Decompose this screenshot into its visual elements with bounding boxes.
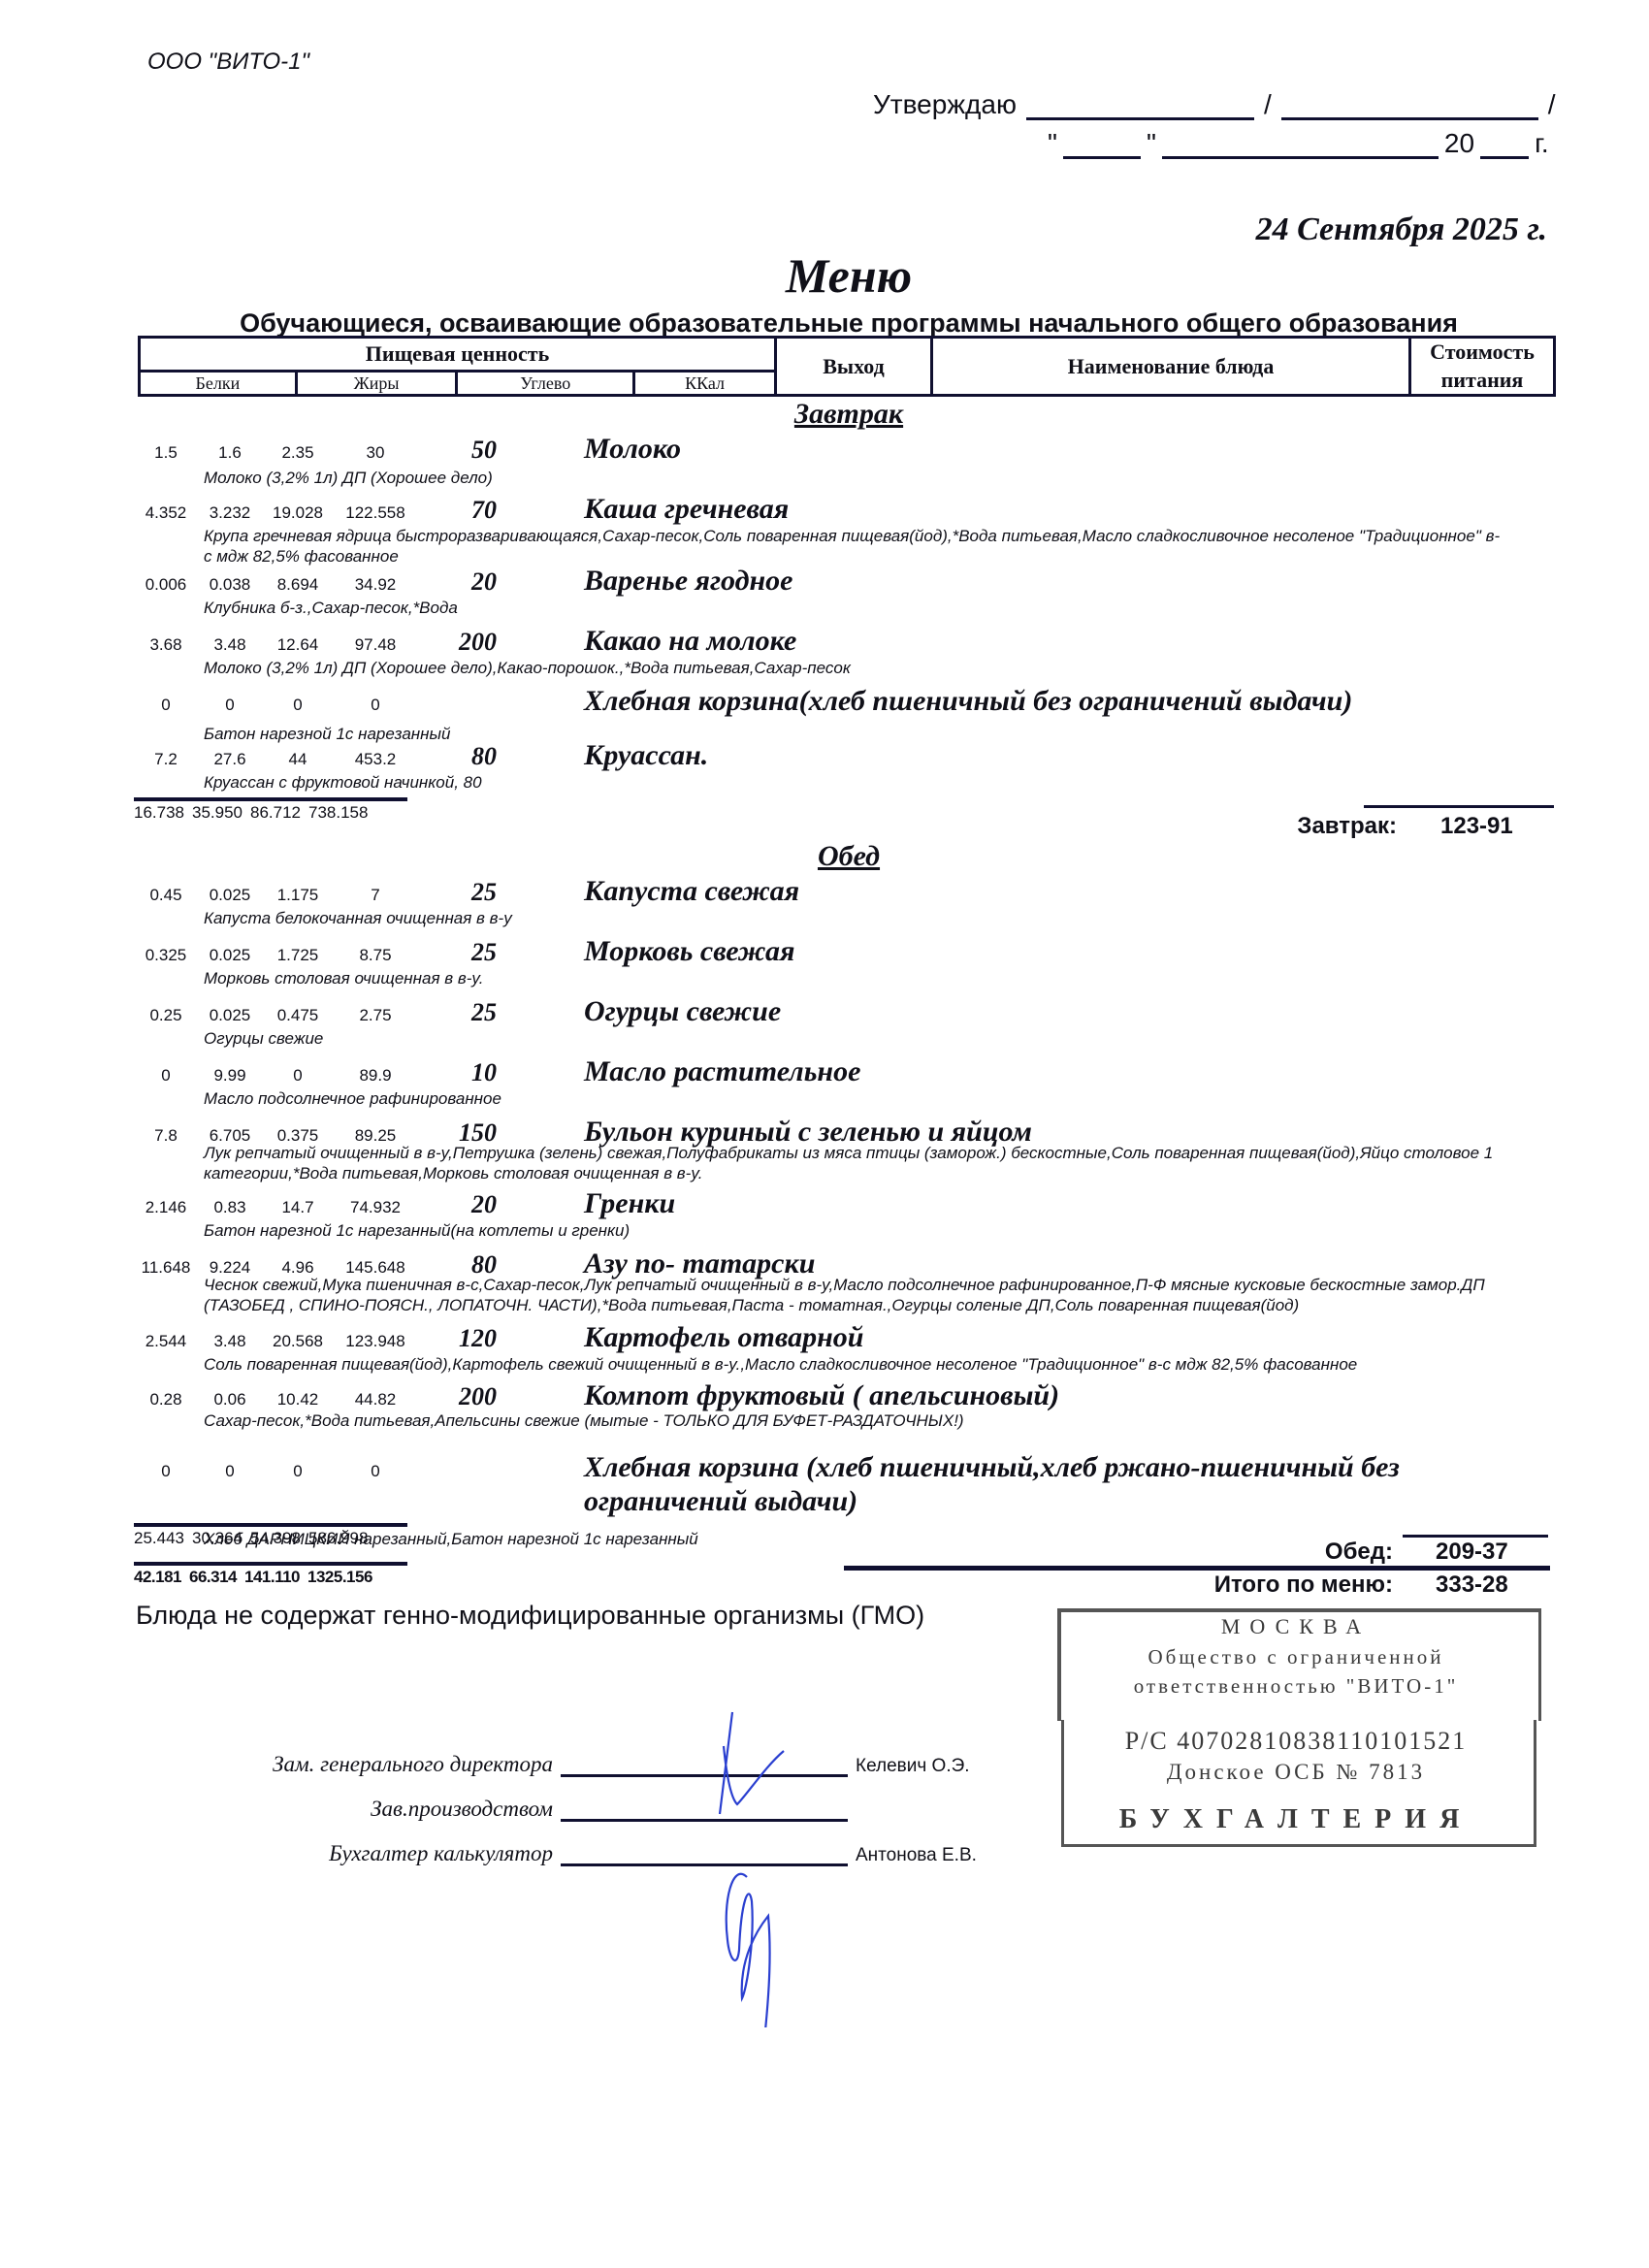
item-protein: 0.28 (136, 1390, 196, 1409)
breakfast-sum-value: 123-91 (1440, 813, 1513, 840)
dish-ingredients: Круассан с фруктовой начинкой, 80 (204, 772, 1503, 793)
dish-ingredients: Молоко (3,2% 1л) ДП (Хорошее дело) (204, 468, 1503, 488)
dish-ingredients: Морковь столовая очищенная в в-у. (204, 968, 1503, 988)
breakfast-sum-rule (1364, 805, 1554, 808)
grand-total-label: Итого по меню: (1067, 1571, 1393, 1599)
item-output: 25 (419, 938, 555, 967)
nutrition-header: Пищевая ценность (140, 338, 776, 372)
item-carbs: 0 (264, 1066, 332, 1085)
lunch-sum-label: Обед: (1164, 1539, 1393, 1566)
approve-label: Утверждаю (873, 89, 1017, 120)
item-kcal: 7 (332, 886, 419, 905)
item-kcal: 2.75 (332, 1006, 419, 1025)
menu-item-row: 0.250.0250.4752.7525Огурцы свежие (136, 995, 781, 1029)
item-kcal: 122.558 (332, 503, 419, 523)
approval-block: Утверждаю / / (873, 89, 1556, 120)
breakfast-sum-label: Завтрак: (1164, 813, 1397, 840)
output-header: Выход (776, 338, 932, 396)
total-protein: 25.443 (134, 1529, 192, 1548)
item-carbs: 8.694 (264, 575, 332, 595)
menu-table-header: Пищевая ценность Выход Наименование блюд… (138, 336, 1556, 397)
page-subtitle: Обучающиеся, осваивающие образовательные… (0, 308, 1649, 339)
item-fat: 0.025 (196, 946, 264, 965)
fat-header: Жиры (296, 372, 457, 396)
item-kcal: 30 (332, 443, 419, 463)
menu-item-row: 1.51.62.353050Молоко (136, 433, 681, 467)
lunch-section-title: Обед (0, 840, 1649, 873)
item-protein: 0 (136, 1066, 196, 1085)
item-carbs: 10.42 (264, 1390, 332, 1409)
approve-separator-end: / (1548, 89, 1556, 120)
dish-ingredients: Крупа гречневая ядрица быстроразваривающ… (204, 526, 1503, 567)
total-carbs: 86.712 (250, 803, 308, 823)
menu-item-row: 0.450.0251.175725Капуста свежая (136, 875, 799, 909)
menu-item-row: 7.227.644453.280Круассан. (136, 739, 708, 773)
item-fat: 3.232 (196, 503, 264, 523)
item-output: 70 (419, 496, 555, 525)
grand-total-protein: 42.181 (134, 1568, 189, 1587)
dish-ingredients: Капуста белокочанная очищенная в в-у (204, 908, 1503, 928)
menu-item-row: 2.1460.8314.774.93220Гренки (136, 1187, 675, 1221)
item-carbs: 2.35 (264, 443, 332, 463)
item-protein: 2.146 (136, 1198, 196, 1217)
item-protein: 0.45 (136, 886, 196, 905)
approval-date-line: " " 20 г. (1048, 128, 1549, 159)
item-protein: 0.006 (136, 575, 196, 595)
item-kcal: 8.75 (332, 946, 419, 965)
stamp-bank: Донское ОСБ № 7813 (1057, 1760, 1535, 1785)
grand-total-kcal: 1325.156 (307, 1568, 380, 1587)
item-fat: 27.6 (196, 750, 264, 769)
handwritten-signature-icon (679, 1707, 873, 2027)
dish-ingredients: Соль поваренная пищевая(йод),Картофель с… (204, 1354, 1503, 1375)
item-kcal: 0 (332, 1462, 419, 1481)
stamp-line1: Общество с ограниченной (1057, 1645, 1535, 1669)
year-blank (1480, 131, 1529, 159)
item-carbs: 19.028 (264, 503, 332, 523)
item-output: 120 (419, 1324, 555, 1353)
menu-item-row: 0000Хлебная корзина(хлеб пшеничный без о… (136, 685, 1352, 719)
item-fat: 0 (196, 1462, 264, 1481)
date-quote-close: " (1147, 128, 1156, 159)
item-carbs: 12.64 (264, 635, 332, 655)
item-protein: 3.68 (136, 635, 196, 655)
day-blank (1063, 131, 1141, 159)
item-output: 200 (419, 628, 555, 657)
total-fat: 35.950 (192, 803, 250, 823)
dish-name: Каша гречневая (584, 493, 789, 527)
item-fat: 0.038 (196, 575, 264, 595)
dish-name: Варенье ягодное (584, 565, 793, 599)
item-output: 200 (419, 1382, 555, 1411)
dish-name: Молоко (584, 433, 681, 467)
dish-name-header: Наименование блюда (932, 338, 1410, 396)
item-output: 10 (419, 1058, 555, 1087)
dish-ingredients: Сахар-песок,*Вода питьевая,Апельсины све… (204, 1410, 1503, 1431)
total-kcal: 586.998 (308, 1529, 375, 1548)
approve-name-line (1281, 92, 1538, 120)
total-protein: 16.738 (134, 803, 192, 823)
dish-ingredients: Клубника б-з.,Сахар-песок,*Вода (204, 598, 1503, 618)
grand-totals: 42.181 66.314 141.110 1325.156 (134, 1562, 407, 1587)
dish-name: Капуста свежая (584, 875, 799, 909)
item-kcal: 123.948 (332, 1332, 419, 1351)
item-protein: 11.648 (136, 1258, 196, 1278)
month-blank (1162, 131, 1439, 159)
item-fat: 0 (196, 696, 264, 715)
grand-total-value: 333-28 (1436, 1571, 1508, 1599)
dish-ingredients: Огурцы свежие (204, 1028, 1503, 1049)
menu-item-row: 0.280.0610.4244.82200Компот фруктовый ( … (136, 1379, 1059, 1413)
item-protein: 1.5 (136, 443, 196, 463)
cost-header-line1: Стоимость (1430, 340, 1535, 364)
stamp-city: МОСКВА (1057, 1614, 1535, 1639)
grand-total-fat: 66.314 (189, 1568, 244, 1587)
cost-header: Стоимость питания (1410, 338, 1555, 396)
dish-name: Картофель отварной (584, 1321, 863, 1355)
item-output: 25 (419, 998, 555, 1027)
menu-item-row: 09.99089.910Масло растительное (136, 1055, 860, 1089)
item-fat: 9.99 (196, 1066, 264, 1085)
item-carbs: 0 (264, 696, 332, 715)
item-carbs: 0.475 (264, 1006, 332, 1025)
item-output: 20 (419, 567, 555, 597)
total-kcal: 738.158 (308, 803, 375, 823)
dish-ingredients: Молоко (3,2% 1л) ДП (Хорошее дело),Какао… (204, 658, 1503, 678)
signature-role: Зав.производством (194, 1797, 553, 1822)
year-suffix: г. (1535, 128, 1549, 159)
item-kcal: 89.9 (332, 1066, 419, 1085)
item-carbs: 1.725 (264, 946, 332, 965)
item-kcal: 44.82 (332, 1390, 419, 1409)
menu-item-row: 2.5443.4820.568123.948120Картофель отвар… (136, 1321, 863, 1355)
item-protein: 0.25 (136, 1006, 196, 1025)
item-fat: 1.6 (196, 443, 264, 463)
item-carbs: 0 (264, 1462, 332, 1481)
item-protein: 4.352 (136, 503, 196, 523)
item-output: 80 (419, 742, 555, 771)
item-carbs: 1.175 (264, 886, 332, 905)
date-quote-open: " (1048, 128, 1057, 159)
stamp-department: БУХГАЛТЕРИЯ (1057, 1804, 1535, 1835)
item-output: 20 (419, 1190, 555, 1219)
dish-name: Морковь свежая (584, 935, 794, 969)
stamp-line2: ответственностью "ВИТО-1" (1057, 1674, 1535, 1699)
menu-item-row: 0000Хлебная корзина (хлеб пшеничный,хлеб… (136, 1451, 1438, 1518)
organization-name: ООО "ВИТО-1" (147, 49, 309, 76)
dish-name: Масло растительное (584, 1055, 860, 1089)
item-protein: 2.544 (136, 1332, 196, 1351)
grand-total-rule (844, 1566, 1550, 1571)
item-kcal: 74.932 (332, 1198, 419, 1217)
item-kcal: 97.48 (332, 635, 419, 655)
gmo-note: Блюда не содержат генно-модифицированные… (136, 1601, 924, 1631)
dish-name: Хлебная корзина(хлеб пшеничный без огран… (584, 685, 1352, 719)
approve-signature-line (1026, 92, 1254, 120)
item-kcal: 0 (332, 696, 419, 715)
breakfast-totals: 16.738 35.950 86.712 738.158 (134, 797, 407, 823)
menu-item-row: 4.3523.23219.028122.55870Каша гречневая (136, 493, 789, 527)
grand-total-carbs: 141.110 (244, 1568, 307, 1587)
signature-role: Зам. генерального директора (194, 1752, 553, 1777)
item-fat: 0.06 (196, 1390, 264, 1409)
menu-item-row: 0.3250.0251.7258.7525Морковь свежая (136, 935, 794, 969)
lunch-sum-rule (1403, 1535, 1548, 1538)
item-protein: 7.8 (136, 1126, 196, 1146)
total-fat: 30.364 (192, 1529, 250, 1548)
item-output: 25 (419, 878, 555, 907)
item-fat: 0.83 (196, 1198, 264, 1217)
dish-name: Хлебная корзина (хлеб пшеничный,хлеб ржа… (584, 1451, 1438, 1518)
page-title: Меню (0, 247, 1649, 304)
cost-header-line2: питания (1441, 368, 1524, 392)
total-carbs: 54.398 (250, 1529, 308, 1548)
item-protein: 0.325 (136, 946, 196, 965)
item-carbs: 44 (264, 750, 332, 769)
company-stamp: МОСКВА Общество с ограниченной ответстве… (1057, 1608, 1535, 1847)
item-carbs: 14.7 (264, 1198, 332, 1217)
item-protein: 0 (136, 1462, 196, 1481)
item-protein: 0 (136, 696, 196, 715)
dish-name: Какао на молоке (584, 625, 796, 659)
item-fat: 3.48 (196, 1332, 264, 1351)
dish-name: Огурцы свежие (584, 995, 781, 1029)
item-kcal: 34.92 (332, 575, 419, 595)
dish-ingredients: Чеснок свежий,Мука пшеничная в-с,Сахар-п… (204, 1275, 1503, 1316)
item-carbs: 20.568 (264, 1332, 332, 1351)
item-output: 50 (419, 436, 555, 465)
protein-header: Белки (140, 372, 297, 396)
item-fat: 3.48 (196, 635, 264, 655)
stamp-account: Р/С 40702810838110101521 (1057, 1727, 1535, 1756)
dish-ingredients: Масло подсолнечное рафинированное (204, 1088, 1503, 1109)
signature-role: Бухгалтер калькулятор (194, 1841, 553, 1866)
dish-name: Гренки (584, 1187, 675, 1221)
dish-name: Круассан. (584, 739, 708, 773)
item-fat: 0.025 (196, 886, 264, 905)
carbs-header: Углево (457, 372, 634, 396)
item-protein: 7.2 (136, 750, 196, 769)
item-kcal: 453.2 (332, 750, 419, 769)
dish-ingredients: Лук репчатый очищенный в в-у,Петрушка (з… (204, 1143, 1503, 1184)
dish-ingredients: Батон нарезной 1с нарезанный(на котлеты … (204, 1220, 1503, 1241)
item-fat: 0.025 (196, 1006, 264, 1025)
lunch-totals: 25.443 30.364 54.398 586.998 (134, 1523, 407, 1548)
year-prefix: 20 (1444, 128, 1474, 159)
lunch-sum-value: 209-37 (1436, 1539, 1508, 1566)
breakfast-section-title: Завтрак (0, 398, 1649, 431)
document-date: 24 Сентября 2025 г. (1256, 211, 1547, 248)
dish-name: Компот фруктовый ( апельсиновый) (584, 1379, 1059, 1413)
menu-item-row: 0.0060.0388.69434.9220Варенье ягодное (136, 565, 793, 599)
signature-name: Антонова Е.В. (856, 1845, 977, 1866)
menu-item-row: 3.683.4812.6497.48200Какао на молоке (136, 625, 796, 659)
kcal-header: ККал (634, 372, 776, 396)
approve-separator: / (1264, 89, 1272, 120)
